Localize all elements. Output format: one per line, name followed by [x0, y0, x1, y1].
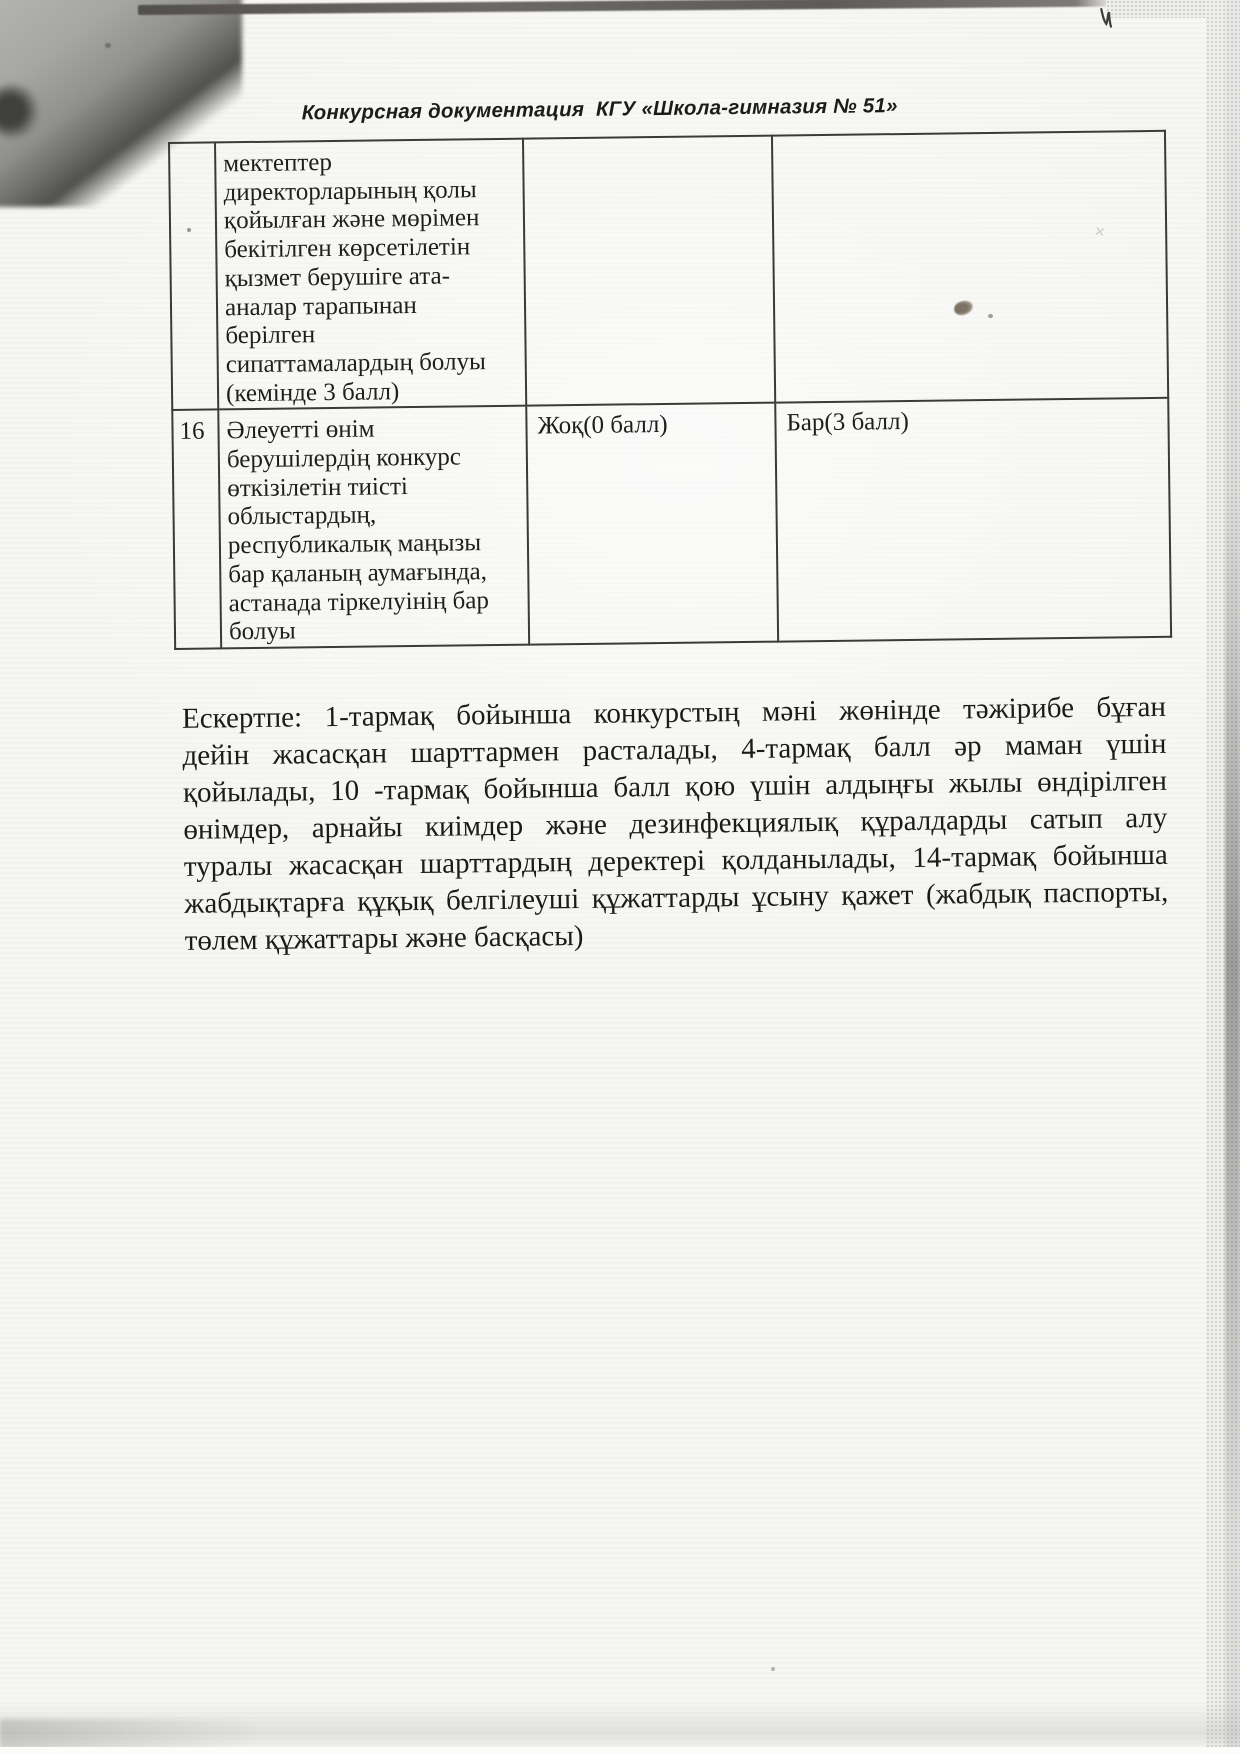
document-content: Конкурсная документация КГУ «Школа-гимна…	[0, 0, 1240, 1754]
page-header-title: Конкурсная документация КГУ «Школа-гимна…	[170, 92, 1030, 127]
table-row-16: 16 Әлеуетті өнім берушілердің конкурс өт…	[172, 398, 1171, 649]
table-row-continuation: мектептер директорларының қолы қойылған …	[169, 131, 1168, 410]
criteria-cell: мектептер директорларының қолы қойылған …	[215, 139, 526, 410]
row-number-cell	[169, 142, 218, 410]
note-paragraph: Ескертпе: 1-тармақ бойынша конкурстың мә…	[182, 689, 1169, 960]
criteria-table: мектептер директорларының қолы қойылған …	[168, 130, 1172, 650]
score-yes-cell	[772, 131, 1168, 403]
score-no-cell	[523, 136, 775, 406]
score-no-cell: Жоқ(0 балл)	[526, 403, 778, 645]
score-yes-cell: Бар(3 балл)	[775, 398, 1171, 642]
criteria-cell: Әлеуетті өнім берушілердің конкурс өткіз…	[218, 406, 529, 649]
row-number-cell: 16	[172, 410, 221, 650]
